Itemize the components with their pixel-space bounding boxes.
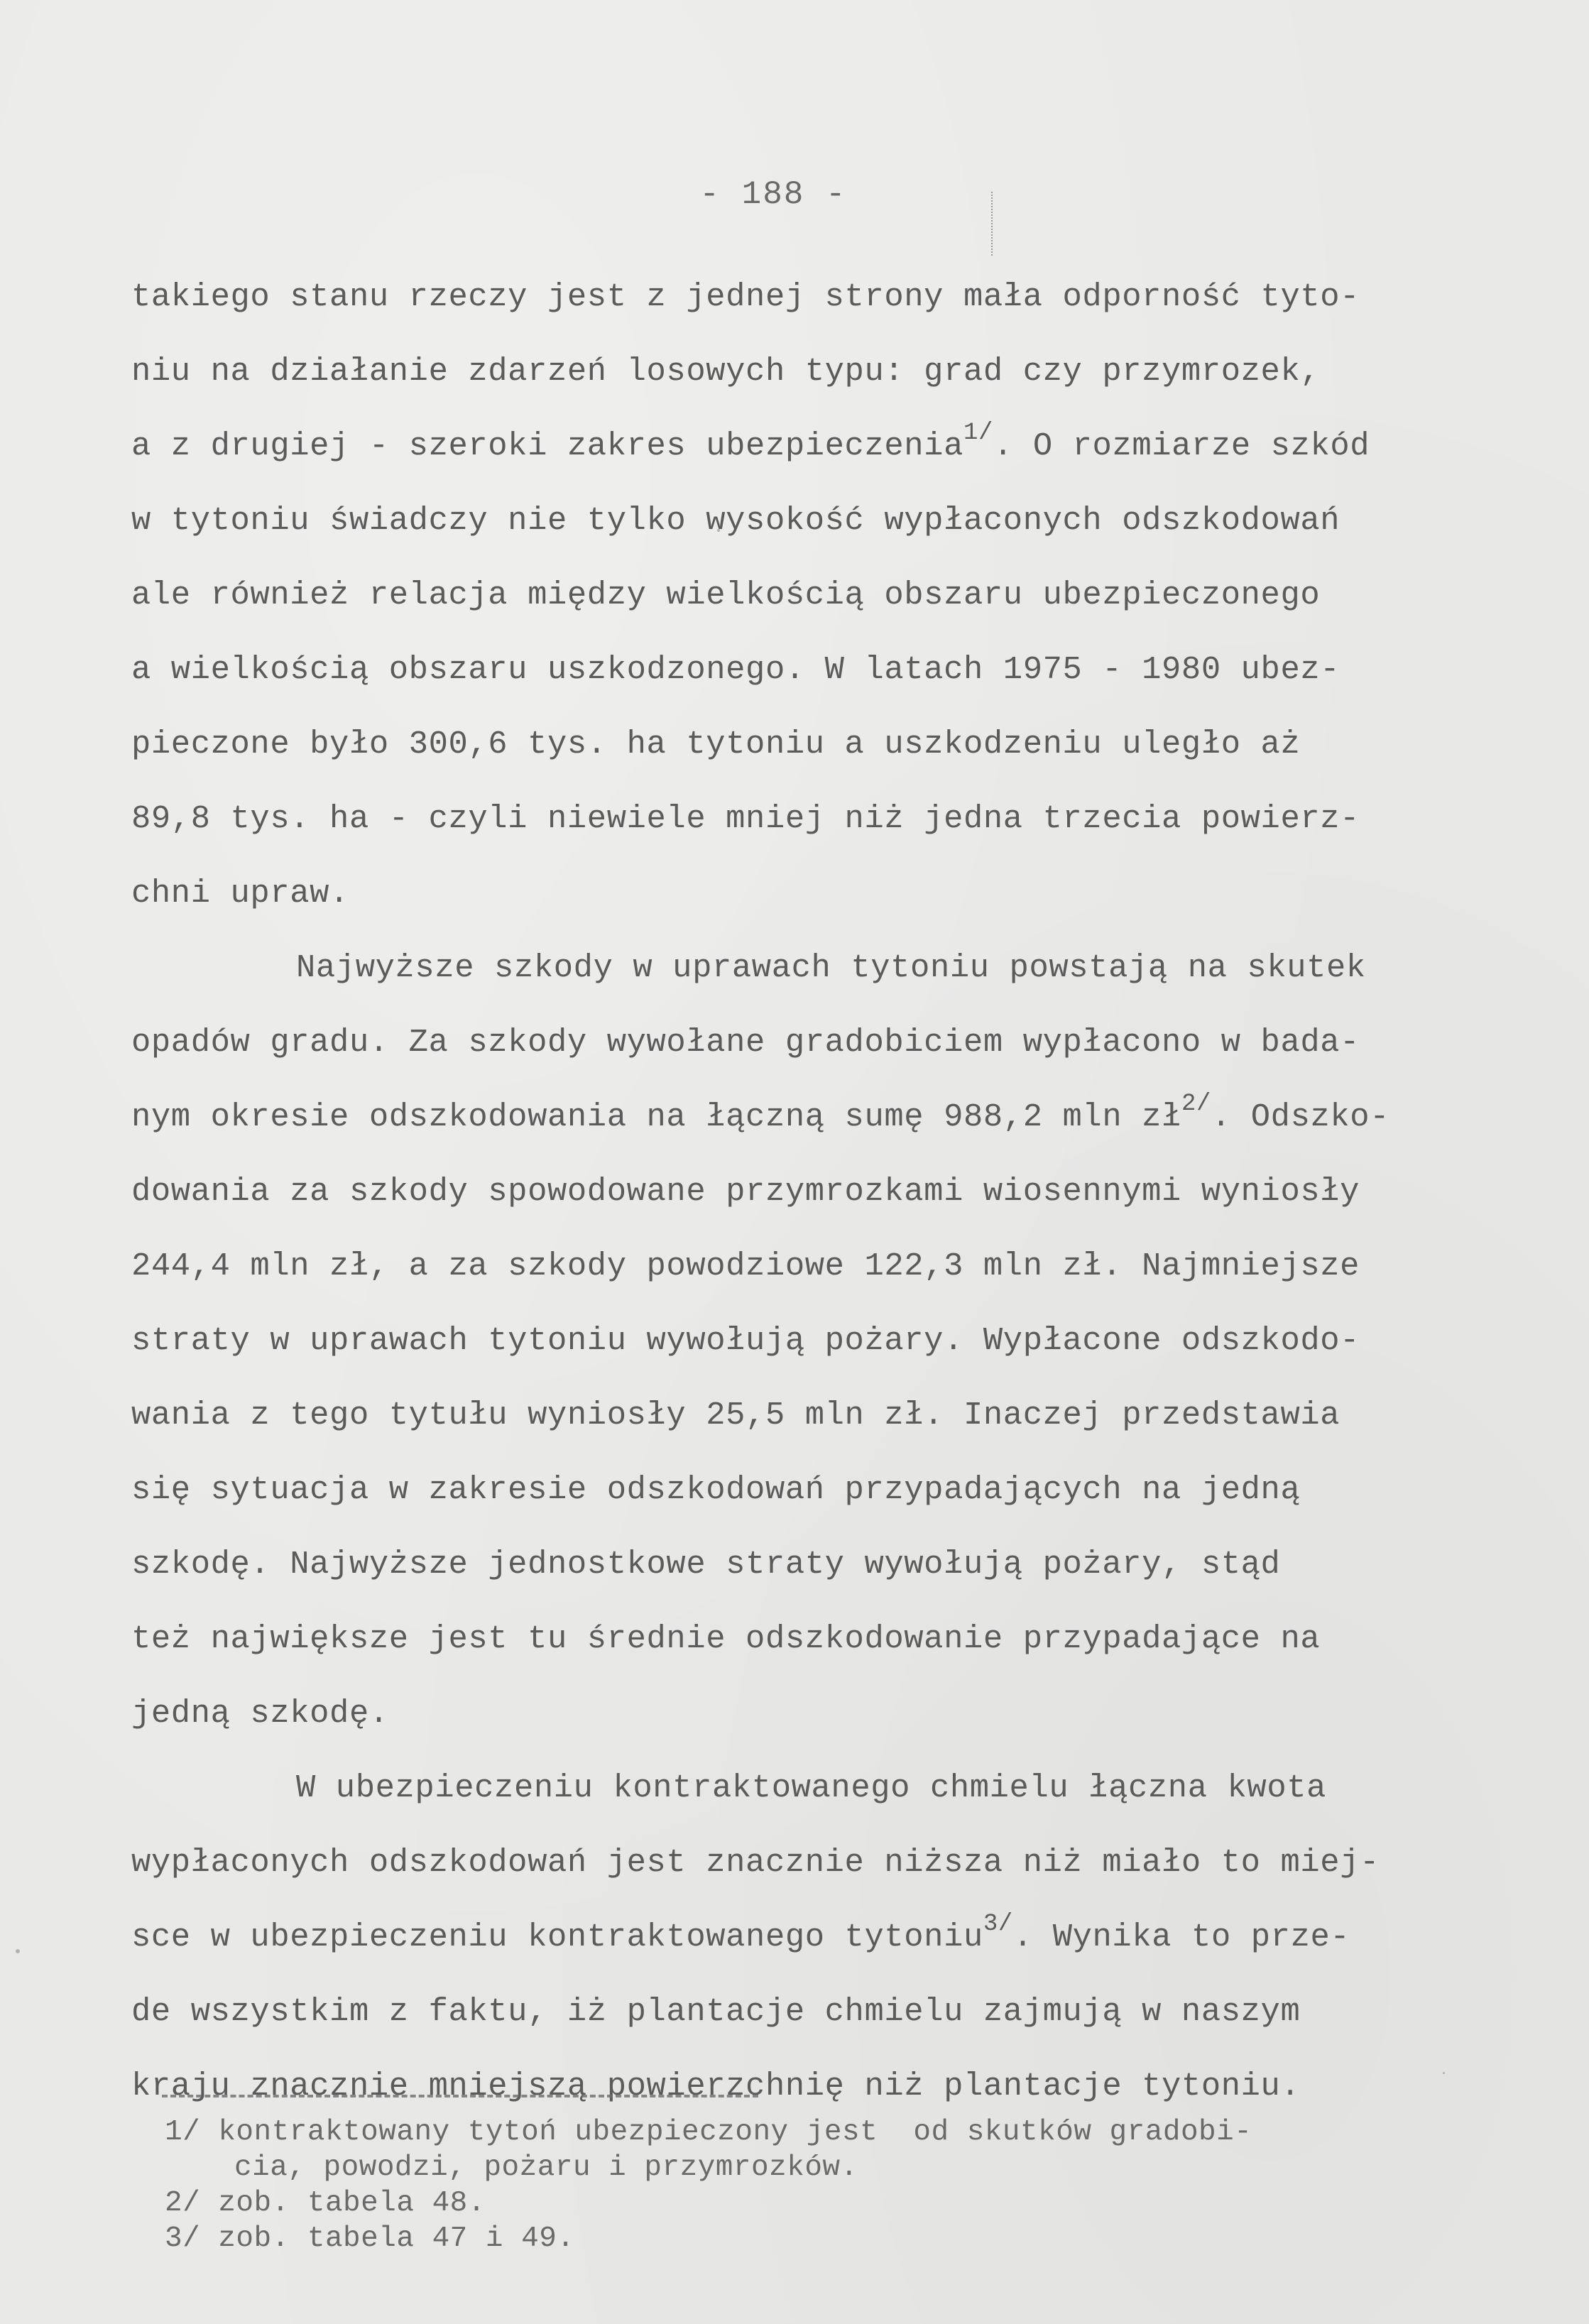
line-text: wypłaconych odszkodowań jest znacznie ni… xyxy=(131,1844,1380,1881)
line-text: sce w ubezpieczeniu kontraktowanego tyto… xyxy=(131,1919,983,1955)
line-text: ale również relacja między wielkością ob… xyxy=(131,577,1320,613)
line-text: a z drugiej - szeroki zakres ubezpieczen… xyxy=(131,427,963,464)
text-line: straty w uprawach tytoniu wywołują pożar… xyxy=(131,1319,1566,1394)
footnote-reference: 2/ xyxy=(1181,1091,1211,1118)
line-text: niu na działanie zdarzeń losowych typu: … xyxy=(131,353,1320,390)
text-line: wypłaconych odszkodowań jest znacznie ni… xyxy=(131,1841,1566,1916)
text-line: sce w ubezpieczeniu kontraktowanego tyto… xyxy=(131,1916,1566,1990)
footnote-marker: 2/ xyxy=(165,2187,200,2220)
line-text: nym okresie odszkodowania na łączną sumę… xyxy=(131,1098,1181,1135)
line-text: Najwyższe szkody w uprawach tytoniu pows… xyxy=(296,949,1366,986)
line-text: 89,8 tys. ha - czyli niewiele mniej niż … xyxy=(131,800,1360,837)
line-text: w tytoniu świadczy nie tylko wysokość wy… xyxy=(131,502,1340,539)
line-text: W ubezpieczeniu kontraktowanego chmielu … xyxy=(296,1769,1326,1806)
text-line: niu na działanie zdarzeń losowych typu: … xyxy=(131,350,1566,425)
line-text: wania z tego tytułu wyniosły 25,5 mln zł… xyxy=(131,1397,1340,1434)
page-number: - 188 - xyxy=(0,176,1589,213)
page-number-text: - 188 - xyxy=(699,176,846,213)
line-text-continuation: . Odszko- xyxy=(1211,1098,1389,1135)
text-line: jedną szkodę. xyxy=(131,1692,1566,1767)
line-text: jedną szkodę. xyxy=(131,1695,389,1732)
text-line: opadów gradu. Za szkody wywołane gradobi… xyxy=(131,1021,1566,1096)
line-text-continuation: . O rozmiarze szkód xyxy=(993,427,1370,464)
footnote-text: zob. tabela 47 i 49. xyxy=(218,2222,574,2255)
footnote: cia, powodzi, pożaru i przymrozków. xyxy=(165,2150,1514,2186)
line-text: straty w uprawach tytoniu wywołują pożar… xyxy=(131,1322,1360,1359)
paper-speck xyxy=(717,529,720,532)
line-text-continuation: . Wynika to prze- xyxy=(1013,1919,1350,1955)
text-line: Najwyższe szkody w uprawach tytoniu pows… xyxy=(131,946,1566,1021)
text-line: W ubezpieczeniu kontraktowanego chmielu … xyxy=(131,1767,1566,1841)
text-line: ale również relacja między wielkością ob… xyxy=(131,574,1566,648)
line-text: też największe jest tu średnie odszkodow… xyxy=(131,1620,1320,1657)
footnote: 1/ kontraktowany tytoń ubezpieczony jest… xyxy=(165,2115,1514,2150)
text-line: w tytoniu świadczy nie tylko wysokość wy… xyxy=(131,499,1566,574)
text-line: wania z tego tytułu wyniosły 25,5 mln zł… xyxy=(131,1394,1566,1468)
text-line: 244,4 mln zł, a za szkody powodziowe 122… xyxy=(131,1245,1566,1319)
text-line: nym okresie odszkodowania na łączną sumę… xyxy=(131,1096,1566,1170)
text-line: szkodę. Najwyższe jednostkowe straty wyw… xyxy=(131,1543,1566,1617)
footnote-text: cia, powodzi, pożaru i przymrozków. xyxy=(234,2151,858,2184)
line-text: szkodę. Najwyższe jednostkowe straty wyw… xyxy=(131,1546,1280,1583)
line-text: takiego stanu rzeczy jest z jednej stron… xyxy=(131,278,1360,315)
text-line: takiego stanu rzeczy jest z jednej stron… xyxy=(131,276,1566,350)
line-text: dowania za szkody spowodowane przymrozka… xyxy=(131,1173,1360,1210)
text-line: de wszystkim z faktu, iż plantacje chmie… xyxy=(131,1990,1566,2065)
line-text: pieczone było 300,6 tys. ha tytoniu a us… xyxy=(131,726,1300,763)
line-text: a wielkością obszaru uszkodzonego. W lat… xyxy=(131,651,1340,688)
footnote-text: kontraktowany tytoń ubezpieczony jest od… xyxy=(218,2116,1252,2149)
line-text: kraju znacznie mniejszą powierzchnię niż… xyxy=(131,2068,1300,2105)
text-line: się sytuacja w zakresie odszkodowań przy… xyxy=(131,1468,1566,1543)
line-text: opadów gradu. Za szkody wywołane gradobi… xyxy=(131,1024,1360,1061)
margin-mark xyxy=(991,192,994,256)
text-line: a z drugiej - szeroki zakres ubezpieczen… xyxy=(131,425,1566,499)
line-text: się sytuacja w zakresie odszkodowań przy… xyxy=(131,1471,1300,1508)
footnote-text: zob. tabela 48. xyxy=(218,2187,486,2220)
line-text: 244,4 mln zł, a za szkody powodziowe 122… xyxy=(131,1248,1360,1284)
paper-speck xyxy=(16,1949,20,1953)
paper-speck xyxy=(1443,2072,1445,2074)
footnote-reference: 1/ xyxy=(963,420,993,447)
text-line: dowania za szkody spowodowane przymrozka… xyxy=(131,1170,1566,1245)
footnote-reference: 3/ xyxy=(983,1911,1013,1938)
text-line: też największe jest tu średnie odszkodow… xyxy=(131,1617,1566,1692)
text-line: a wielkością obszaru uszkodzonego. W lat… xyxy=(131,648,1566,723)
body-text: takiego stanu rzeczy jest z jednej stron… xyxy=(131,276,1566,2139)
line-text: chni upraw. xyxy=(131,875,349,912)
footnotes: 1/ kontraktowany tytoń ubezpieczony jest… xyxy=(165,2115,1514,2257)
text-line: chni upraw. xyxy=(131,872,1566,946)
footnote-marker: 3/ xyxy=(165,2222,200,2255)
footnote: 3/ zob. tabela 47 i 49. xyxy=(165,2221,1514,2257)
footnote-separator xyxy=(162,2095,758,2097)
footnote-marker: 1/ xyxy=(165,2116,200,2149)
text-line: 89,8 tys. ha - czyli niewiele mniej niż … xyxy=(131,797,1566,872)
line-text: de wszystkim z faktu, iż plantacje chmie… xyxy=(131,1993,1300,2030)
text-line: pieczone było 300,6 tys. ha tytoniu a us… xyxy=(131,723,1566,797)
footnote: 2/ zob. tabela 48. xyxy=(165,2186,1514,2221)
